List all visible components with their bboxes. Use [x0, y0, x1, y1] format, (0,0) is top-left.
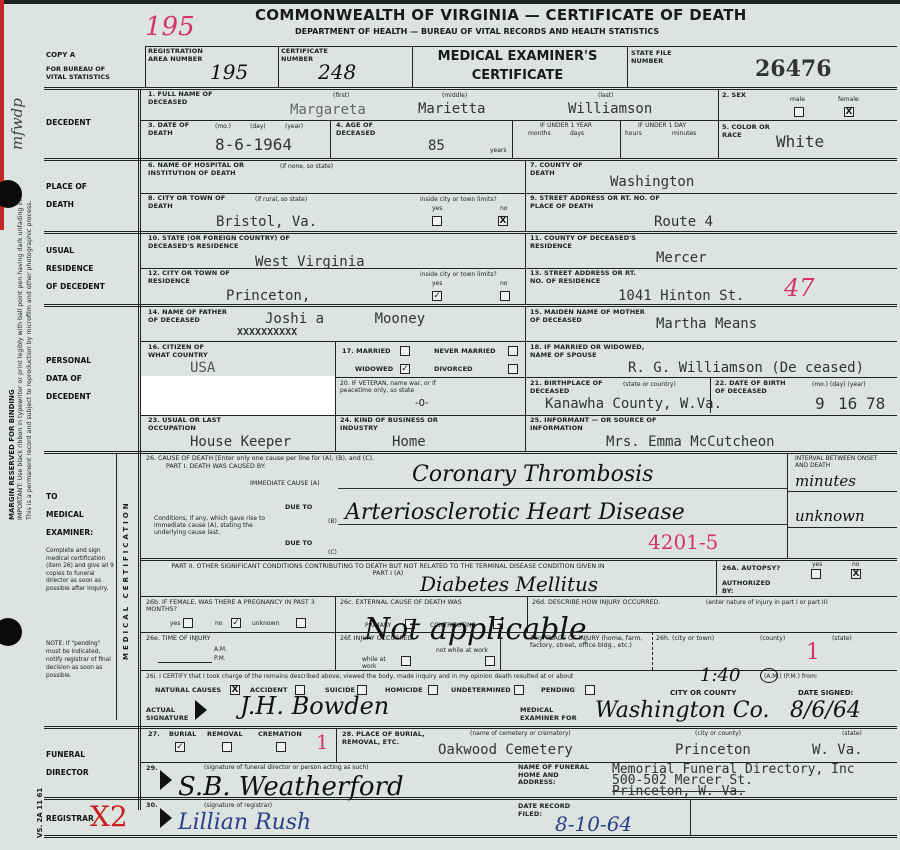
first-name-hint: (first) [333, 92, 349, 99]
preg-yes-checkbox[interactable] [183, 618, 193, 628]
pending-label: PENDING [541, 687, 575, 695]
section-funeral-2: DIRECTOR [46, 764, 89, 782]
interval-b: unknown [795, 507, 865, 525]
autopsy-yes-label: yes [812, 561, 822, 568]
county-of-death: Washington [610, 174, 694, 190]
date-signed: 8/6/64 [790, 698, 861, 723]
am-circle [760, 668, 778, 683]
registrar-mark: X2 [90, 800, 128, 833]
residence-street-label: 13. STREET ADDRESS OR RT. NO. OF RESIDEN… [530, 270, 650, 285]
preg-unknown-label: unknown [252, 620, 279, 627]
first-name: Margareta [290, 102, 366, 118]
margin-important-text-1: IMPORTANT: Use black ribbon in typewrite… [17, 194, 24, 520]
autopsy-label: 26a. AUTOPSY? [722, 565, 780, 573]
residence-county-label: 11. COUNTY OF DECEASED'S RESIDENCE [530, 235, 650, 250]
divorced-label: DIVORCED [434, 366, 473, 374]
years-hint: years [490, 147, 507, 154]
removal-label: REMOVAL [207, 731, 243, 739]
injury-county-hint: (county) [760, 635, 785, 642]
undetermined-checkbox[interactable] [514, 685, 524, 695]
pending-checkbox[interactable] [585, 685, 595, 695]
burial-state-value: W. Va. [812, 742, 863, 758]
city-county-label: CITY OR COUNTY [670, 690, 736, 697]
section-personal-1: PERSONAL [46, 352, 91, 370]
medical-certification-label: MEDICAL CERTIFICATION [122, 500, 130, 660]
dob-label: 22. DATE OF BIRTH OF DECEASED [715, 380, 795, 395]
me-for-value: Washington Co. [595, 698, 770, 723]
section-me-1: TO [46, 488, 93, 506]
am-label: A.M. [214, 646, 227, 653]
margin-initials: mfwdp [8, 98, 26, 150]
section-residence-1: USUAL [46, 242, 105, 260]
sign-arrow-icon [160, 770, 172, 790]
city-injury-label: 26h. (city or town) [656, 635, 714, 642]
c-label: (C) [328, 549, 337, 556]
res-limits-yes-label: yes [432, 280, 442, 287]
section-residence-2: RESIDENCE [46, 260, 105, 278]
section-residence-3: OF DECEDENT [46, 278, 105, 296]
redacted-area [141, 376, 335, 416]
age-value: 85 [428, 138, 445, 154]
time-of-death: 1:40 [700, 665, 740, 686]
father-label: 14. NAME OF FATHER OF DECEASED [148, 309, 228, 324]
res-limits-label: inside city or town limits? [420, 271, 497, 278]
birthplace-hint: (state or country) [623, 381, 676, 388]
burial-state-hint: (state) [842, 730, 862, 737]
not-while-work-label: not while at work [436, 647, 491, 654]
death-certificate: MARGIN RESERVED FOR BINDING IMPORTANT: U… [0, 0, 900, 850]
street-of-death: Route 4 [654, 214, 713, 230]
spouse-name: R. G. Williamson (De ceased) [628, 360, 864, 376]
b-cause: Arteriosclerotic Heart Disease [345, 500, 685, 525]
occupation-label: 23. USUAL OR LAST OCCUPATION [148, 417, 228, 432]
date-signed-label: DATE SIGNED: [798, 690, 853, 697]
registrar-signature-hint: (signature of registrar) [204, 802, 272, 809]
date-of-death: 8-6-1964 [215, 135, 292, 154]
limits-yes-label: yes [432, 205, 442, 212]
burial-city-hint: (city or county) [695, 730, 741, 737]
autopsy-yes-checkbox[interactable] [811, 569, 821, 579]
cremation-checkbox[interactable] [276, 742, 286, 752]
widowed-checkbox[interactable]: ✓ [400, 364, 410, 374]
copy-label: COPY A [46, 51, 75, 59]
father-struck-text: XXXXXXXXXX [237, 327, 297, 338]
divorced-checkbox[interactable] [508, 364, 518, 374]
widowed-label: WIDOWED [355, 366, 393, 374]
immediate-label: IMMEDIATE CAUSE (A) [250, 480, 320, 487]
year-hint: (year) [285, 123, 303, 130]
informant-label: 25. INFORMANT — OR SOURCE OF INFORMATION [530, 417, 660, 432]
married-checkbox[interactable] [400, 346, 410, 356]
while-work-checkbox[interactable] [401, 656, 411, 666]
days-label: days [570, 130, 584, 137]
top-edge [0, 0, 900, 4]
signature-label: ACTUAL SIGNATURE [146, 707, 186, 722]
preg-yes-label: yes [170, 620, 180, 627]
under-day-label: IF UNDER 1 DAY [638, 122, 686, 129]
form-code: VS. 2A 11 61 [36, 788, 44, 838]
mother-name: Martha Means [656, 316, 757, 332]
burial-label: BURIAL [169, 731, 196, 739]
res-limits-yes-checkbox[interactable]: ✓ [432, 291, 442, 301]
external-cause-label: 26c. EXTERNAL CAUSE OF DEATH WAS [340, 599, 462, 606]
section-place-of-death-1: PLACE OF [46, 178, 87, 196]
burial-place-label: 28. PLACE OF BURIAL, REMOVAL, ETC. [342, 731, 427, 746]
cemetery-value: Oakwood Cemetery [438, 742, 573, 758]
form-title-line2: CERTIFICATE [430, 66, 605, 85]
limits-no-label: no [500, 205, 507, 212]
margin-important-text-2: This is a permanent record and subject t… [26, 200, 33, 520]
occupation-value: House Keeper [190, 434, 291, 450]
dob-day: 16 [838, 394, 857, 413]
hospital-hint: (if none, so state) [280, 163, 333, 170]
funeral-signature-hint: (signature of funeral director or person… [204, 764, 369, 771]
registrar-num: 30. [146, 802, 158, 810]
city-of-death: Bristol, Va. [216, 214, 317, 230]
me-signature: J.H. Bowden [240, 692, 389, 720]
residence-city: Princeton, [226, 288, 310, 304]
mother-label: 15. MAIDEN NAME OF MOTHER OF DECEASED [530, 309, 650, 324]
not-while-work-checkbox[interactable] [485, 656, 495, 666]
residence-city-label: 12. CITY OR TOWN OF RESIDENCE [148, 270, 238, 285]
city-hint: (if rural, so state) [255, 196, 307, 203]
res-limits-no-label: no [500, 280, 507, 287]
sex-label: 2. SEX [722, 92, 746, 100]
authorized-label: AUTHORIZED BY: [722, 580, 772, 595]
death-limits-yes-checkbox[interactable] [432, 216, 442, 226]
homicide-checkbox[interactable] [428, 685, 438, 695]
never-married-checkbox[interactable] [508, 346, 518, 356]
certificate-number-value: 248 [318, 60, 356, 84]
section-me-3: EXAMINER: [46, 524, 93, 542]
cemetery-hint: (name of cemetery or crematory) [470, 730, 571, 737]
residence-annotation: 47 [784, 274, 815, 302]
cause-code: 4201-5 [648, 530, 718, 554]
top-annotation: 195 [145, 12, 195, 42]
pending-note: NOTE: If "pending" must be indicated, no… [46, 640, 116, 680]
sign-arrow-icon [160, 808, 172, 828]
birthplace-label: 21. BIRTHPLACE OF DECEASED [530, 380, 610, 395]
section-decedent: DECEDENT [46, 114, 91, 132]
hospital-label: 6. NAME OF HOSPITAL OR INSTITUTION OF DE… [148, 162, 268, 177]
male-label: male [790, 96, 805, 103]
cause-label: 26. CAUSE OF DEATH [Enter only one cause… [146, 455, 374, 462]
veteran-label: 20. IF VETERAN, name war, or if peacetim… [340, 380, 460, 394]
residence-street: 1041 Hinton St. [618, 288, 744, 304]
full-name-label: 1. FULL NAME OF DECEASED [148, 91, 228, 106]
preg-unknown-checkbox[interactable] [296, 618, 306, 628]
minutes-label: minutes [672, 130, 696, 137]
homicide-label: HOMICIDE [385, 687, 423, 695]
natural-label: NATURAL CAUSES [155, 687, 221, 695]
state-file-label: STATE FILE NUMBER [631, 50, 681, 65]
interval-a: minutes [795, 472, 856, 490]
state-file-number: 26476 [755, 56, 832, 82]
never-married-label: NEVER MARRIED [434, 348, 496, 356]
interval-label: INTERVAL BETWEEN ONSET AND DEATH [795, 455, 885, 469]
margin-reserved-text: MARGIN RESERVED FOR BINDING [8, 389, 16, 520]
street-of-death-label: 9. STREET ADDRESS OR RT. NO. OF PLACE OF… [530, 195, 660, 210]
veteran-value: -0- [415, 398, 429, 409]
natural-checkbox[interactable]: X [230, 685, 240, 695]
preg-no-checkbox[interactable]: ✓ [231, 618, 241, 628]
married-label: 17. MARRIED [342, 348, 391, 356]
describe-hint: (enter nature of injury in part I or par… [706, 599, 828, 606]
me-instructions: Complete and sign medical certification … [46, 548, 116, 593]
funeral-home-label: NAME OF FUNERAL HOME AND ADDRESS: [518, 764, 598, 787]
while-work-label: while at work [362, 656, 402, 670]
due-to-1: DUE TO [285, 504, 312, 511]
section-place-of-death-2: DEATH [46, 196, 87, 214]
dob-year: 78 [866, 394, 885, 413]
dob-month: 9 [815, 394, 825, 413]
age-label: 4. AGE OF DECEASED [336, 122, 406, 137]
funeral-signature-num: 29. [146, 765, 158, 773]
mo-hint: (mo.) [215, 123, 231, 130]
under-year-label: IF UNDER 1 YEAR [540, 122, 592, 129]
autopsy-no-label: no [852, 561, 859, 568]
place-injury-label: 26g. PLACE OF INJURY (home, farm, factor… [530, 635, 650, 649]
cremation-label: CREMATION [258, 731, 302, 739]
male-checkbox[interactable] [794, 107, 804, 117]
date-filed: 8-10-64 [555, 812, 632, 836]
burial-checkbox[interactable]: ✓ [175, 742, 185, 752]
time-injury-label: 26e. TIME OF INJURY [146, 635, 210, 642]
funeral-annotation: 1 [316, 730, 329, 754]
last-name-hint: (last) [598, 92, 614, 99]
funeral-home-line3: Princeton, W. Va. [612, 786, 855, 797]
section-personal-3: DECEDENT [46, 388, 91, 406]
injury-occurred-label: 26f. INJURY OCCURRED [340, 635, 413, 642]
binding-hole-icon [0, 618, 22, 646]
autopsy-no-checkbox[interactable]: X [851, 569, 861, 579]
conditions-note: Conditions, if any, which gave rise to i… [154, 515, 284, 536]
describe-label: 26d. DESCRIBE HOW INJURY OCCURRED. [532, 599, 660, 606]
date-of-death-label: 3. DATE OF DEATH [148, 122, 198, 137]
day-hint: (day) [250, 123, 266, 130]
registration-area-value: 195 [210, 60, 248, 84]
section-personal-2: DATA OF [46, 370, 91, 388]
registrar-signature: Lillian Rush [178, 810, 311, 835]
part1-label: PART I. DEATH WAS CAUSED BY: [166, 463, 266, 470]
residence-state-label: 10. STATE (OR FOREIGN COUNTRY) OF DECEAS… [148, 235, 318, 250]
sign-arrow-icon [195, 700, 207, 720]
copy-for: FOR BUREAU OF VITAL STATISTICS [46, 65, 126, 81]
burial-city-value: Princeton [675, 742, 751, 758]
injury-state-hint: (state) [832, 635, 852, 642]
middle-name: Marietta [418, 101, 485, 117]
city-of-death-label: 8. CITY OR TOWN OF DEATH [148, 195, 228, 210]
hours-label: hours [625, 130, 642, 137]
residence-county: Mercer [656, 250, 707, 266]
county-of-death-label: 7. COUNTY OF DEATH [530, 162, 600, 177]
birthplace-value: Kanawha County, W.Va. [545, 396, 722, 412]
female-label: female [838, 96, 859, 103]
limits-label: inside city or town limits? [420, 196, 497, 203]
immediate-cause: Coronary Thrombosis [412, 462, 653, 487]
due-to-2: DUE TO [285, 540, 312, 547]
section-me-2: MEDICAL [46, 506, 93, 524]
registration-area-label: REGISTRATION AREA NUMBER [148, 48, 218, 63]
last-name: Williamson [568, 101, 652, 117]
pm-label: P.M. [214, 655, 226, 662]
certify-label: 26i. I CERTIFY that I took charge of the… [146, 673, 573, 680]
removal-checkbox[interactable] [222, 742, 232, 752]
certificate-title: COMMONWEALTH OF VIRGINIA — CERTIFICATE O… [255, 6, 747, 24]
middle-name-hint: (middle) [442, 92, 467, 99]
form-title-line1: MEDICAL EXAMINER'S [430, 47, 605, 66]
business-label: 24. KIND OF BUSINESS OR INDUSTRY [340, 417, 440, 432]
section-registrar: REGISTRAR [46, 810, 94, 828]
preg-no-label: no [215, 620, 222, 627]
me-for-label: MEDICAL EXAMINER FOR [520, 707, 590, 722]
part2-conditions: Diabetes Mellitus [420, 572, 598, 596]
race-label: 5. COLOR OR RACE [722, 124, 772, 139]
disposition-num: 27. [148, 731, 160, 739]
res-limits-no-checkbox[interactable] [500, 291, 510, 301]
business-value: Home [392, 434, 426, 450]
pregnancy-label: 26b. IF FEMALE, WAS THERE A PREGNANCY IN… [146, 599, 331, 613]
section-funeral-1: FUNERAL [46, 746, 89, 764]
race-value: White [776, 132, 824, 151]
certificate-subtitle: DEPARTMENT OF HEALTH — BUREAU OF VITAL R… [295, 27, 659, 36]
informant-value: Mrs. Emma McCutcheon [606, 434, 775, 450]
citizen-label: 16. CITIZEN OF WHAT COUNTRY [148, 344, 228, 359]
citizen-value: USA [190, 360, 215, 376]
undetermined-label: UNDETERMINED [451, 687, 511, 695]
b-label: (B) [328, 518, 337, 525]
death-limits-no-checkbox[interactable]: X [498, 216, 508, 226]
father-name: Joshi a Mooney [265, 311, 425, 327]
spouse-label: 18. IF MARRIED OR WIDOWED, NAME OF SPOUS… [530, 344, 650, 359]
months-label: months [528, 130, 551, 137]
female-checkbox[interactable]: X [844, 107, 854, 117]
annotation-1: 1 [806, 640, 820, 665]
